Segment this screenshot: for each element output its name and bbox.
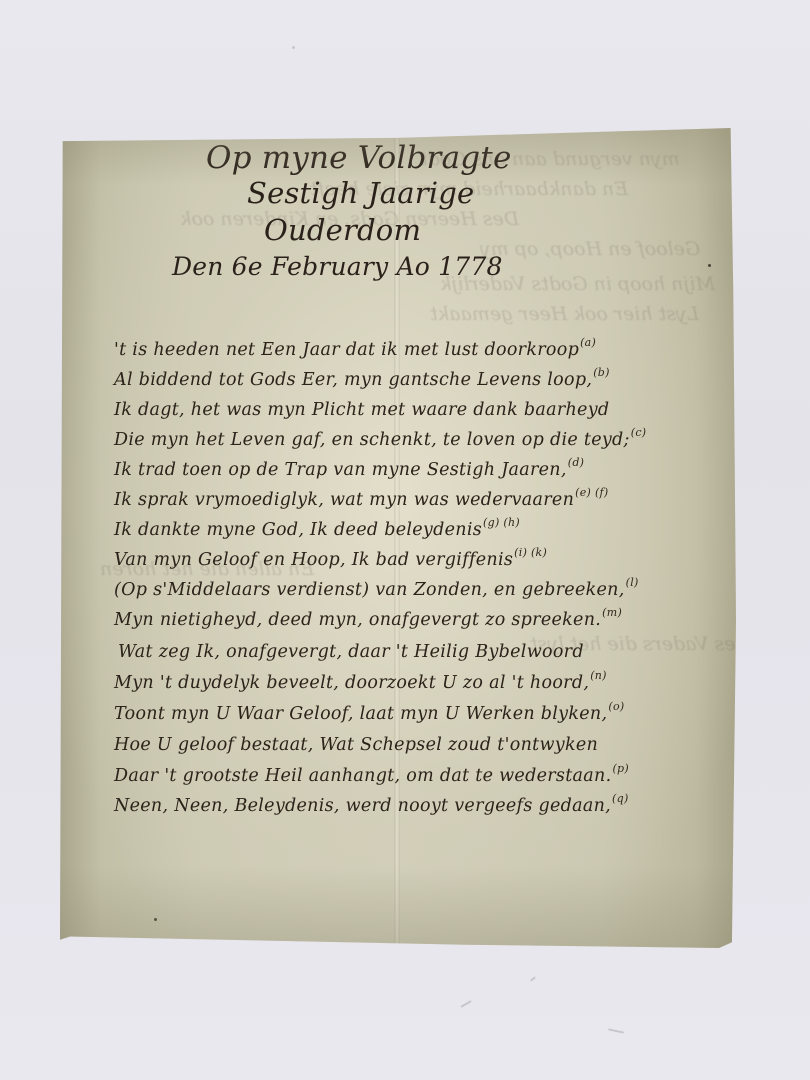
poem-line: Al biddend tot Gods Eer, myn gantsche Le… (114, 366, 610, 390)
ink-speck (154, 918, 157, 921)
bleed-through-text: Geloof en Hoop, op my (480, 238, 700, 260)
manuscript-sheet: myn vergund aan ons Godt En dankbaarheid… (60, 128, 736, 948)
poem-line: Wat zeg Ik, onafgevergt, daar 't Heilig … (118, 638, 585, 662)
backdrop-speck (292, 46, 295, 49)
backdrop-speck (460, 1000, 471, 1008)
poem-line-text: Daar 't grootste Heil aanhangt, om dat t… (114, 766, 611, 786)
footnote-marker: (g) (h) (483, 516, 520, 529)
date-line: Den 6e February Ao 1778 (172, 252, 503, 281)
poem-line: Ik dagt, het was myn Plicht met waare da… (114, 396, 610, 420)
backdrop-speck (608, 1028, 624, 1033)
poem-line-text: Ik sprak vrymoediglyk, wat myn was weder… (114, 490, 574, 510)
ink-speck (160, 958, 163, 961)
footnote-marker: (i) (k) (514, 546, 547, 559)
bleed-through-text: Lyst hier ook Heer gemaakt (430, 303, 699, 325)
poem-line-text: Die myn het Leven gaf, en schenkt, te lo… (114, 430, 630, 450)
poem-line-text: Al biddend tot Gods Eer, myn gantsche Le… (114, 370, 592, 390)
poem-line: 't is heeden net Een Jaar dat ik met lus… (114, 336, 596, 360)
footnote-marker: (m) (602, 606, 622, 619)
footnote-marker: (n) (590, 669, 607, 682)
footnote-marker: (c) (631, 426, 647, 439)
poem-line-text: Ik dankte myne God, Ik deed beleydenis (114, 520, 482, 540)
poem-line: Ik dankte myne God, Ik deed beleydenis(g… (114, 516, 520, 540)
poem-line-text: Hoe U geloof bestaat, Wat Schepsel zoud … (114, 735, 598, 755)
poem-line-text: Ik dagt, het was myn Plicht met waare da… (114, 400, 609, 420)
poem-line: Toont myn U Waar Geloof, laat myn U Werk… (114, 700, 624, 724)
poem-line-text: (Op s'Middelaars verdienst) van Zonden, … (114, 580, 625, 600)
poem-line: Ik trad toen op de Trap van myne Sestigh… (114, 456, 584, 480)
poem-line-text: Myn nietigheyd, deed myn, onafgevergt zo… (114, 610, 601, 630)
footnote-marker: (p) (612, 762, 629, 775)
poem-line: Die myn het Leven gaf, en schenkt, te lo… (114, 426, 646, 450)
poem-line: Hoe U geloof bestaat, Wat Schepsel zoud … (114, 731, 599, 755)
footnote-marker: (q) (612, 792, 629, 805)
poem-line: Ik sprak vrymoediglyk, wat myn was weder… (114, 486, 609, 510)
poem-line: Daar 't grootste Heil aanhangt, om dat t… (114, 762, 629, 786)
footnote-marker: (l) (626, 576, 639, 589)
poem-line-text: 't is heeden net Een Jaar dat ik met lus… (114, 340, 579, 360)
footnote-marker: (d) (568, 456, 585, 469)
poem-line: (Op s'Middelaars verdienst) van Zonden, … (114, 576, 639, 600)
footnote-marker: (e) (f) (575, 486, 608, 499)
poem-line: Neen, Neen, Beleydenis, werd nooyt verge… (114, 792, 629, 816)
poem-line-text: Ik trad toen op de Trap van myne Sestigh… (114, 460, 567, 480)
poem-line-text: Toont myn U Waar Geloof, laat myn U Werk… (114, 704, 607, 724)
footnote-marker: (o) (608, 700, 624, 713)
poem-line: Van myn Geloof en Hoop, Ik bad vergiffen… (114, 546, 547, 570)
poem-line-text: Neen, Neen, Beleydenis, werd nooyt verge… (114, 796, 611, 816)
poem-line: Myn 't duydelyk beveelt, doorzoekt U zo … (114, 669, 607, 693)
title-line-2: Sestigh Jaarige (247, 176, 474, 210)
backdrop-speck (530, 976, 536, 981)
poem-line-text: Myn 't duydelyk beveelt, doorzoekt U zo … (114, 673, 589, 693)
footnote-marker: (b) (593, 366, 610, 379)
footnote-marker: (a) (580, 336, 596, 349)
title-line-1: Op myne Volbragte (206, 140, 512, 176)
title-line-3: Ouderdom (264, 213, 421, 247)
ink-speck (708, 264, 711, 267)
poem-line-text: Wat zeg Ik, onafgevergt, daar 't Heilig … (118, 642, 584, 662)
poem-line-text: Van myn Geloof en Hoop, Ik bad vergiffen… (114, 550, 513, 570)
poem-line: Myn nietigheyd, deed myn, onafgevergt zo… (114, 606, 622, 630)
